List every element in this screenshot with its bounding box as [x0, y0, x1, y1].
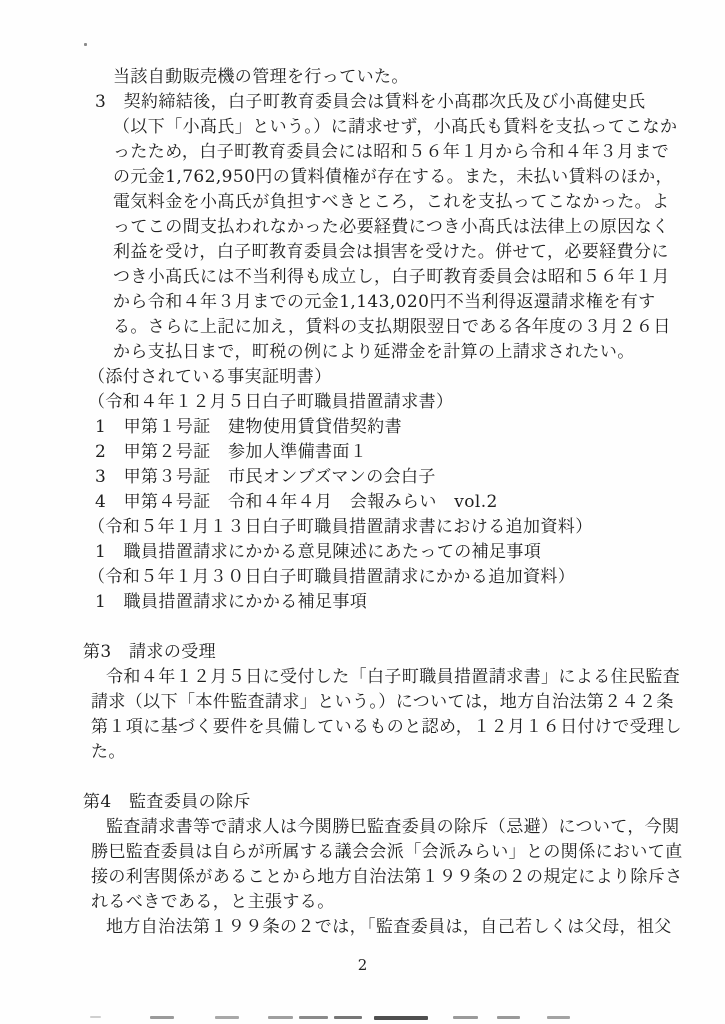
- scan-artifact-dash: [547, 1016, 570, 1019]
- text-line: ったため，白子町教育委員会には昭和５６年１月から令和４年３月まで: [0, 140, 725, 165]
- text-line: つき小髙氏には不当利得も成立し，白子町教育委員会は昭和５６年１月: [0, 265, 725, 290]
- scan-artifact-dash: [453, 1016, 478, 1019]
- blank-line: [0, 765, 725, 790]
- text-line: 3 契約締結後，白子町教育委員会は賃料を小髙郡次氏及び小髙健史氏: [0, 90, 725, 115]
- scan-speck: [84, 43, 87, 46]
- text-line: る。さらに上記に加え，賃料の支払期限翌日である各年度の３月２６日: [0, 315, 725, 340]
- scan-artifact-dash: [374, 1016, 428, 1020]
- text-line: から令和４年３月までの元金1,143,020円不当利得返還請求権を有す: [0, 290, 725, 315]
- text-line: から支払日まで，町税の例により延滞金を計算の上請求されたい。: [0, 340, 725, 365]
- attachment-list-label: （令和５年１月３０日白子町職員措置請求にかかる追加資料）: [0, 565, 725, 590]
- scan-artifact-dash: [215, 1016, 239, 1019]
- scan-artifact-dash: [90, 1016, 101, 1018]
- page-number: 2: [0, 956, 725, 974]
- scan-artifact-dash: [268, 1016, 293, 1019]
- scan-artifact-dash: [150, 1016, 174, 1019]
- text-line: 第１項に基づく要件を具備しているものと認め，１２月１６日付けで受理し: [0, 715, 725, 740]
- attachment-list-label: （令和４年１２月５日白子町職員措置請求書）: [0, 390, 725, 415]
- scan-artifact-dash: [497, 1016, 520, 1019]
- attachment-list-label: （令和５年１月１３日白子町職員措置請求書における追加資料）: [0, 515, 725, 540]
- scan-artifact-dash: [299, 1016, 328, 1019]
- attachment-list-label: （添付されている事実証明書）: [0, 365, 725, 390]
- text-line: ってこの間支払われなかった必要経費につき小髙氏は法律上の原因なく: [0, 215, 725, 240]
- text-line: （以下「小髙氏」という。）に請求せず，小髙氏も賃料を支払ってこなか: [0, 115, 725, 140]
- section-heading-3: 第3 請求の受理: [0, 640, 725, 665]
- scan-artifact-dash: [334, 1016, 362, 1019]
- attachment-list-item: 1 甲第１号証 建物使用賃貸借契約書: [0, 415, 725, 440]
- blank-line: [0, 615, 725, 640]
- text-line: 監査請求書等で請求人は今関勝巳監査委員の除斥（忌避）について，今関: [0, 815, 725, 840]
- text-line: 請求（以下「本件監査請求」という。）については，地方自治法第２４２条: [0, 690, 725, 715]
- text-line: 令和４年１２月５日に受付した「白子町職員措置請求書」による住民監査: [0, 665, 725, 690]
- text-line: 地方自治法第１９９条の２では，「監査委員は，自己若しくは父母，祖父: [0, 915, 725, 940]
- attachment-list-item: 1 職員措置請求にかかる補足事項: [0, 590, 725, 615]
- section-heading-4: 第4 監査委員の除斥: [0, 790, 725, 815]
- text-line: 電気料金を小髙氏が負担すべきところ，これを支払ってこなかった。よ: [0, 190, 725, 215]
- text-line: 勝巳監査委員は自らが所属する議会会派「会派みらい」との関係において直: [0, 840, 725, 865]
- attachment-list-item: 1 職員措置請求にかかる意見陳述にあたっての補足事項: [0, 540, 725, 565]
- attachment-list-item: 4 甲第４号証 令和４年４月 会報みらい vol.2: [0, 490, 725, 515]
- text-line: 接の利害関係があることから地方自治法第１９９条の２の規定により除斥さ: [0, 865, 725, 890]
- document-body: 当該自動販売機の管理を行っていた。 3 契約締結後，白子町教育委員会は賃料を小髙…: [0, 65, 725, 940]
- text-line: た。: [0, 740, 725, 765]
- text-line: 当該自動販売機の管理を行っていた。: [0, 65, 725, 90]
- attachment-list-item: 3 甲第３号証 市民オンブズマンの会白子: [0, 465, 725, 490]
- attachment-list-item: 2 甲第２号証 参加人準備書面１: [0, 440, 725, 465]
- text-line: 利益を受け，白子町教育委員会は損害を受けた。併せて，必要経費分に: [0, 240, 725, 265]
- text-line: れるべきである，と主張する。: [0, 890, 725, 915]
- text-line: の元金1,762,950円の賃料債権が存在する。また，未払い賃料のほか，: [0, 165, 725, 190]
- scanned-document-page: 当該自動販売機の管理を行っていた。 3 契約締結後，白子町教育委員会は賃料を小髙…: [0, 0, 725, 1024]
